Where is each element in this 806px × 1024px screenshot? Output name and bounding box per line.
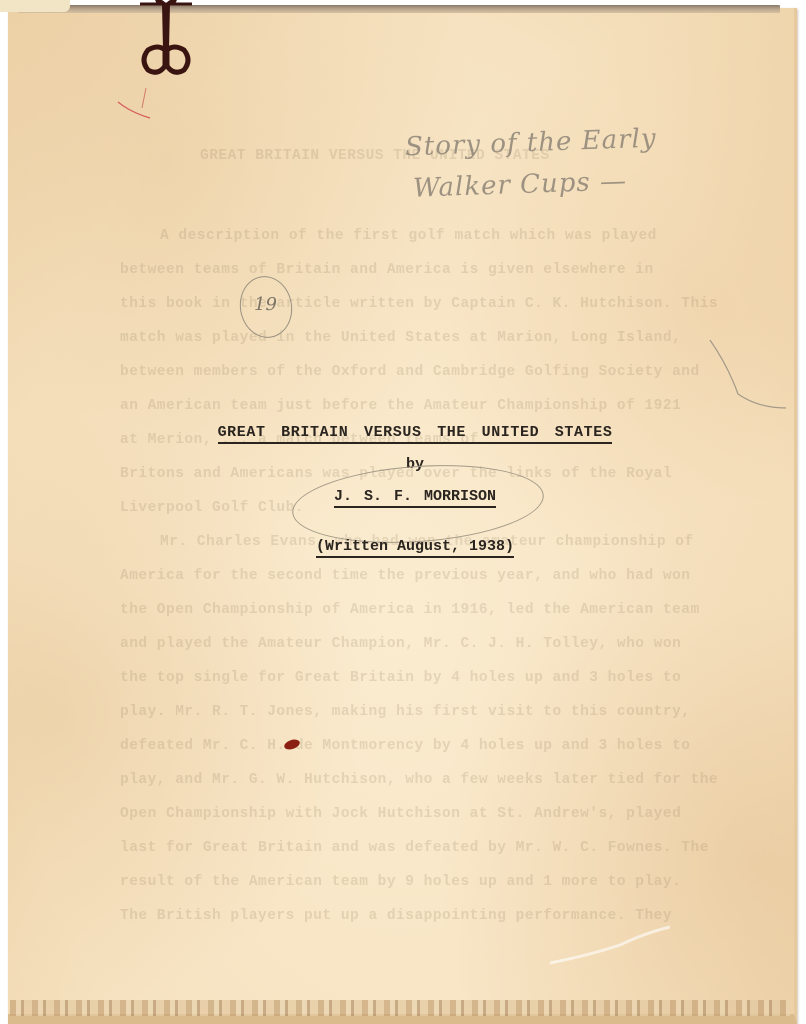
date-note-text: (Written August, 1938) — [316, 538, 514, 558]
show-through-line: play. Mr. R. T. Jones, making his first … — [120, 704, 691, 720]
show-through-line: this book in the article written by Capt… — [120, 296, 718, 312]
show-through-line: last for Great Britain and was defeated … — [120, 840, 709, 856]
show-through-line: The British players put up a disappointi… — [120, 908, 672, 924]
date-note: (Written August, 1938) — [0, 538, 806, 555]
red-pencil-mark — [116, 80, 156, 120]
show-through-line: the Open Championship of America in 1916… — [120, 602, 700, 618]
show-through-line: the top single for Great Britain by 4 ho… — [120, 670, 681, 686]
show-through-line: between members of the Oxford and Cambri… — [120, 364, 700, 380]
show-through-line: an American team just before the Amateur… — [120, 398, 681, 414]
folded-corner — [0, 0, 70, 12]
show-through-line: defeated Mr. C. H. de Montmorency by 4 h… — [120, 738, 691, 754]
paper-top-edge — [18, 5, 780, 13]
page-number: 19 — [254, 294, 277, 315]
scanned-document: GREAT BRITAIN VERSUS THE UNITED STATES A… — [0, 0, 806, 1024]
bottom-edge-stain — [10, 1000, 790, 1016]
pencil-stroke — [708, 336, 788, 416]
show-through-line: between teams of Britain and America is … — [120, 262, 654, 278]
show-through-line: result of the American team by 9 holes u… — [120, 874, 681, 890]
author-name: J. S. F. MORRISON — [0, 488, 806, 505]
paper-crease — [550, 925, 670, 965]
binder-clip-icon — [134, 0, 198, 80]
show-through-line: America for the second time the previous… — [120, 568, 691, 584]
show-through-line: Open Championship with Jock Hutchison at… — [120, 806, 681, 822]
show-through-line: and played the Amateur Champion, Mr. C. … — [120, 636, 681, 652]
document-title-text: GREAT BRITAIN VERSUS THE UNITED STATES — [218, 424, 613, 444]
show-through-line: A description of the first golf match wh… — [160, 228, 657, 244]
show-through-line: match was played in the United States at… — [120, 330, 681, 346]
show-through-line: play, and Mr. G. W. Hutchison, who a few… — [120, 772, 718, 788]
document-title: GREAT BRITAIN VERSUS THE UNITED STATES — [0, 424, 806, 441]
author-name-text: J. S. F. MORRISON — [334, 488, 496, 508]
